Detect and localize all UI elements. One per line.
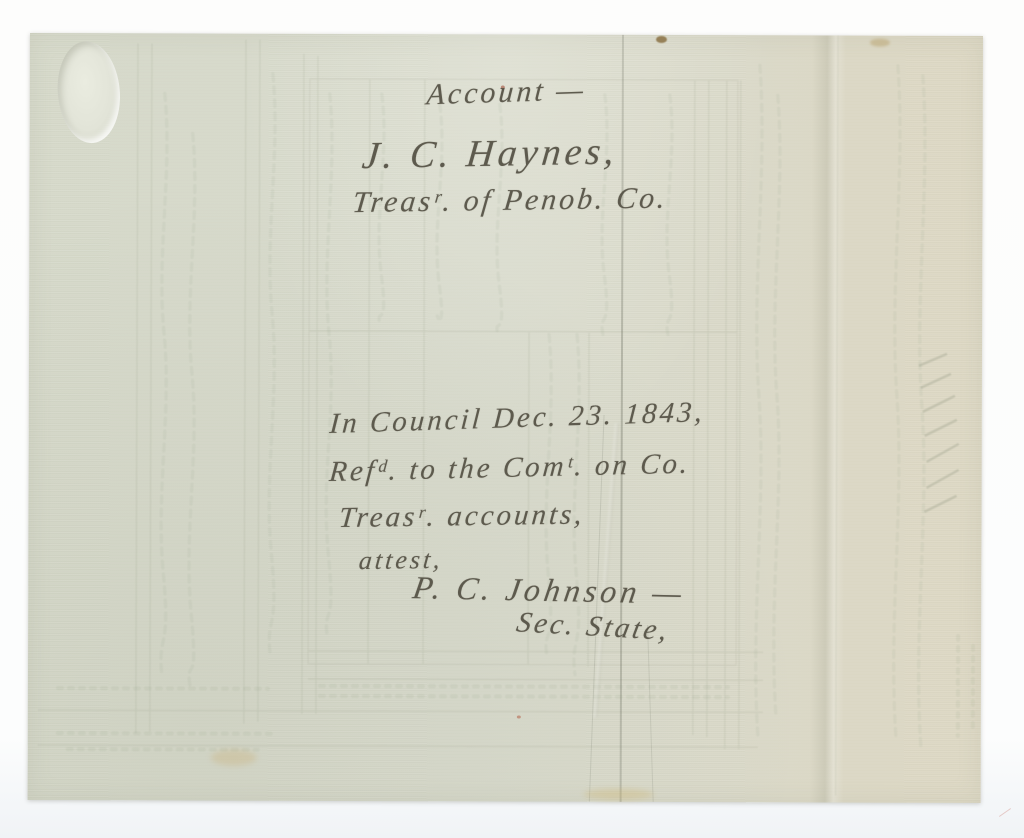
handwritten-title: Account — [425,73,587,112]
referral-line-2: Treasʳ. accounts, [338,498,587,535]
scanner-bed-background: Account — J. C. Haynes, Treasʳ. of Penob… [0,0,1024,838]
stain-bottom-left [211,750,257,766]
referral-line-1: Refᵈ. to the Comᵗ. on Co. [328,448,692,489]
scanner-bed-scratch [999,808,1011,817]
council-date-line: In Council Dec. 23. 1843, [328,396,706,441]
fold-band [810,35,846,802]
crease-line-right [647,625,654,802]
signature-name: P. C. Johnson — [410,569,688,611]
stain-top-dark [656,36,667,43]
signature-title: Sec. State, [514,607,673,648]
addressee-name: J. C. Haynes, [360,130,620,179]
embossed-seal [54,39,124,146]
addressee-title: Treasʳ. of Penob. Co. [351,182,670,221]
document-page: Account — J. C. Haynes, Treasʳ. of Penob… [28,33,983,803]
red-speck-bottom [517,716,521,719]
stain-top-soft [870,39,890,47]
ghost-scribble-patch [919,354,959,512]
